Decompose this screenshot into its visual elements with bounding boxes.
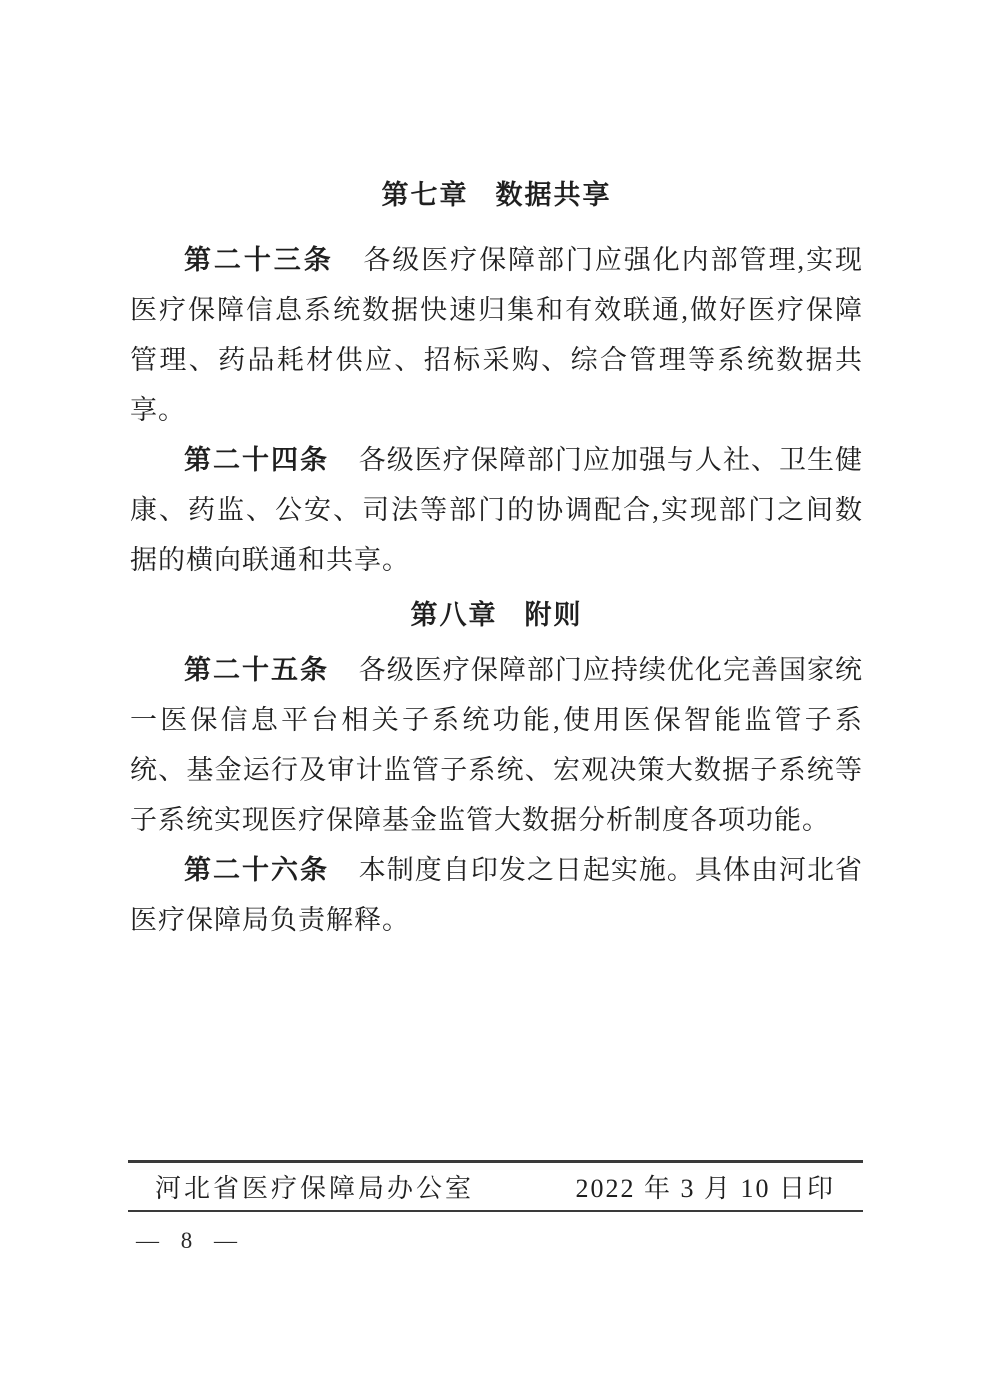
article-25: 第二十五条各级医疗保障部门应持续优化完善国家统一医保信息平台相关子系统功能,使用…	[130, 645, 863, 845]
document-footer: 河北省医疗保障局办公室 2022 年 3 月 10 日印	[128, 1163, 863, 1210]
article-24: 第二十四条各级医疗保障部门应加强与人社、卫生健康、药监、公安、司法等部门的协调配…	[130, 435, 863, 585]
document-page: 第七章数据共享 第二十三条各级医疗保障部门应强化内部管理,实现医疗保障信息系统数…	[0, 0, 989, 1399]
footer-bottom-rule	[128, 1210, 863, 1212]
footer-issuer: 河北省医疗保障局办公室	[155, 1168, 474, 1205]
article-24-term: 第二十四条	[184, 445, 329, 475]
article-23-term: 第二十三条	[184, 245, 334, 275]
article-26: 第二十六条本制度自印发之日起实施。具体由河北省医疗保障局负责解释。	[130, 845, 863, 945]
chapter-8-heading: 第八章附则	[130, 590, 863, 640]
footer-print-date: 2022 年 3 月 10 日印	[575, 1168, 835, 1205]
article-23: 第二十三条各级医疗保障部门应强化内部管理,实现医疗保障信息系统数据快速归集和有效…	[130, 235, 863, 435]
document-body: 第七章数据共享 第二十三条各级医疗保障部门应强化内部管理,实现医疗保障信息系统数…	[130, 170, 863, 945]
chapter-7-title: 数据共享	[496, 180, 612, 210]
page-number: — 8 —	[136, 1228, 245, 1254]
article-26-term: 第二十六条	[184, 855, 329, 885]
chapter-8-number: 第八章	[411, 600, 498, 630]
chapter-7-number: 第七章	[382, 180, 469, 210]
chapter-7-heading: 第七章数据共享	[130, 170, 863, 220]
chapter-8-title: 附则	[525, 600, 583, 630]
article-25-term: 第二十五条	[184, 655, 329, 685]
